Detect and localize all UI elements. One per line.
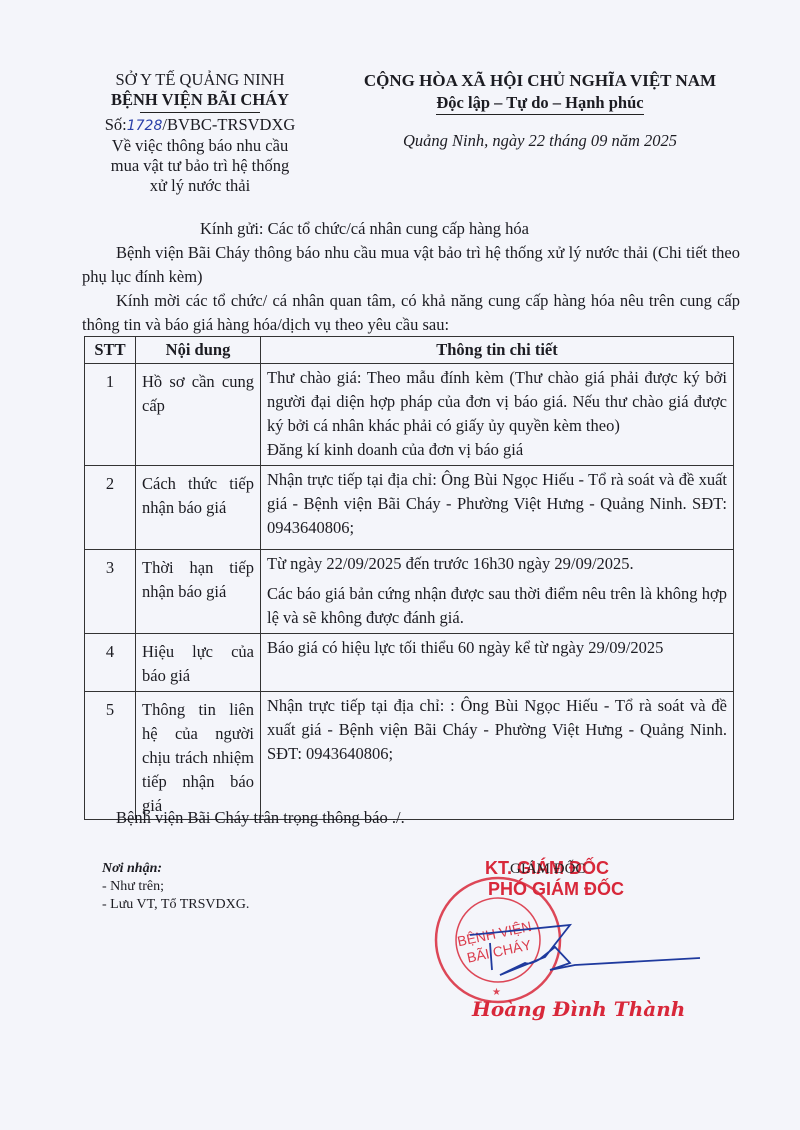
recipient-item: - Lưu VT, Tổ TRSVDXG. [102, 896, 249, 914]
row-content: Hồ sơ cần cung cấp [136, 364, 261, 466]
doc-number-prefix: Số: [105, 115, 127, 134]
detail-line: Thư chào giá: Theo mẫu đính kèm (Thư chà… [267, 366, 727, 438]
body-paragraph: Kính mời các tổ chức/ cá nhân quan tâm, … [82, 289, 740, 337]
document-number: Số:1728/BVBC-TRSVDXG [80, 115, 320, 136]
row-number: 5 [85, 692, 136, 820]
row-number: 4 [85, 634, 136, 692]
row-details: Nhận trực tiếp tại địa chỉ: : Ông Bùi Ng… [261, 692, 734, 820]
column-header-content: Nội dung [136, 337, 261, 364]
detail-line: Báo giá có hiệu lực tối thiểu 60 ngày kể… [267, 636, 727, 660]
hospital-name: BỆNH VIỆN BÃI CHÁY [80, 90, 320, 110]
row-content: Hiệu lực của báo giá [136, 634, 261, 692]
printed-title: GIÁM ĐỐC [510, 861, 585, 878]
row-content: Thông tin liên hệ của người chịu trách n… [136, 692, 261, 820]
department-name: SỞ Y TẾ QUẢNG NINH [80, 70, 320, 90]
row-details: Báo giá có hiệu lực tối thiểu 60 ngày kể… [261, 634, 734, 692]
row-details: Nhận trực tiếp tại địa chỉ: Ông Bùi Ngọc… [261, 466, 734, 550]
row-number: 1 [85, 364, 136, 466]
subject-line: Về việc thông báo nhu cầu [80, 136, 320, 156]
national-motto: Độc lập – Tự do – Hạnh phúc [436, 92, 643, 115]
addressee: Kính gửi: Các tổ chức/cá nhân cung cấp h… [200, 217, 529, 241]
detail-line: Đăng kí kinh doanh của đơn vị báo giá [267, 438, 727, 462]
detail-line: Các báo giá bản cứng nhận được sau thời … [267, 582, 727, 630]
table-row: 1 Hồ sơ cần cung cấp Thư chào giá: Theo … [85, 364, 734, 466]
detail-line: Từ ngày 22/09/2025 đến trước 16h30 ngày … [267, 552, 727, 576]
recipients-title: Nơi nhận: [102, 860, 249, 878]
subject-line: xử lý nước thải [80, 176, 320, 196]
table-header-row: STT Nội dung Thông tin chi tiết [85, 337, 734, 364]
row-content: Cách thức tiếp nhận báo giá [136, 466, 261, 550]
detail-line: Nhận trực tiếp tại địa chỉ: Ông Bùi Ngọc… [267, 468, 727, 540]
deputy-title: PHÓ GIÁM ĐỐC [488, 879, 624, 900]
table-row: 3 Thời hạn tiếp nhận báo giá Từ ngày 22/… [85, 550, 734, 634]
row-number: 3 [85, 550, 136, 634]
row-number: 2 [85, 466, 136, 550]
requirements-table: STT Nội dung Thông tin chi tiết 1 Hồ sơ … [84, 336, 734, 820]
issuer-header: SỞ Y TẾ QUẢNG NINH BỆNH VIỆN BÃI CHÁY Số… [80, 70, 320, 196]
recipients-block: Nơi nhận: - Như trên; - Lưu VT, Tổ TRSVD… [102, 860, 249, 914]
detail-line: Nhận trực tiếp tại địa chỉ: : Ông Bùi Ng… [267, 694, 727, 766]
table-row: 5 Thông tin liên hệ của người chịu trách… [85, 692, 734, 820]
row-content: Thời hạn tiếp nhận báo giá [136, 550, 261, 634]
subject-line: mua vật tư bảo trì hệ thống [80, 156, 320, 176]
row-details: Từ ngày 22/09/2025 đến trước 16h30 ngày … [261, 550, 734, 634]
column-header-stt: STT [85, 337, 136, 364]
recipient-item: - Như trên; [102, 878, 249, 896]
place-date: Quảng Ninh, ngày 22 tháng 09 năm 2025 [330, 131, 750, 151]
header-underline [140, 112, 260, 113]
national-header: CỘNG HÒA XÃ HỘI CHỦ NGHĨA VIỆT NAM Độc l… [330, 70, 750, 151]
doc-number-suffix: /BVBC-TRSVDXG [162, 115, 295, 134]
table-row: 4 Hiệu lực của báo giá Báo giá có hiệu l… [85, 634, 734, 692]
doc-number-handwritten: 1728 [127, 118, 163, 134]
body-paragraph: Bệnh viện Bãi Cháy thông báo nhu cầu mua… [82, 241, 740, 289]
signer-name: Hoàng Đình Thành [472, 997, 685, 1021]
table-row: 2 Cách thức tiếp nhận báo giá Nhận trực … [85, 466, 734, 550]
nation-title: CỘNG HÒA XÃ HỘI CHỦ NGHĨA VIỆT NAM [330, 70, 750, 92]
row-details: Thư chào giá: Theo mẫu đính kèm (Thư chà… [261, 364, 734, 466]
closing-statement: Bệnh viện Bãi Cháy trân trọng thông báo … [116, 808, 405, 828]
signature-block: BỆNH VIỆN BÃI CHÁY ★ KT. GIÁM ĐỐC GIÁM Đ… [430, 855, 730, 1045]
column-header-details: Thông tin chi tiết [261, 337, 734, 364]
